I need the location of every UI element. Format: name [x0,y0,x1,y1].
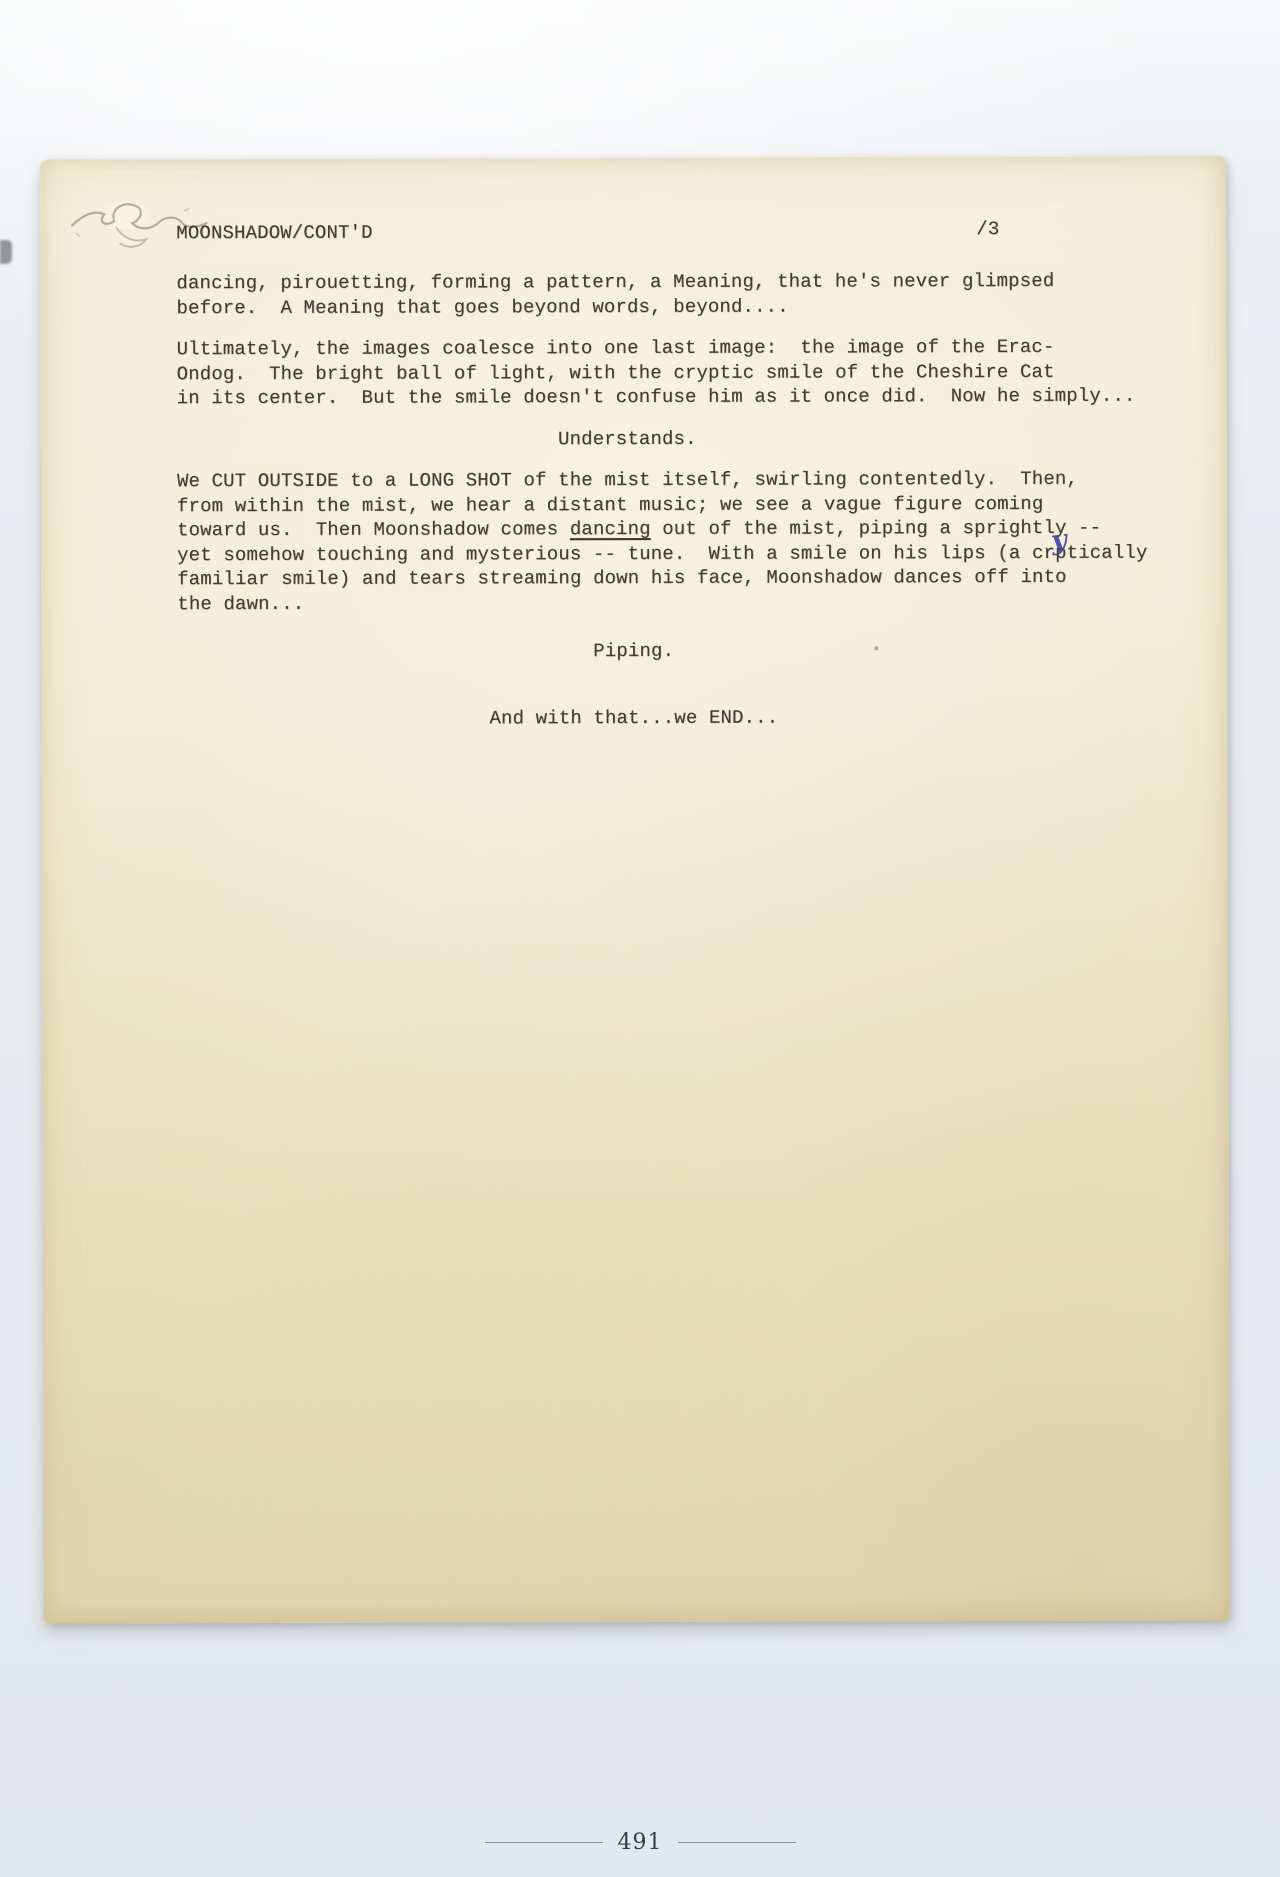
header-slug: MOONSHADOW/CONT'D [176,221,372,246]
typed-line: toward us. Then Moonshadow comes dancing… [177,516,1177,543]
centered-line-understands: Understands. [177,425,1177,452]
typed-line: And with that...we END... [178,704,1178,731]
paragraph-2: Ultimately, the images coalesce into one… [177,335,1177,411]
centered-line-piping: Piping. [177,638,1177,665]
scanned-script-page: MOONSHADOW/CONT'D /3 dancing, pirouettin… [40,156,1230,1623]
ink-speck [874,646,878,650]
scan-edge-artifact [0,240,12,264]
typed-line: We CUT OUTSIDE to a LONG SHOT of the mis… [177,467,1177,494]
typed-line: Ultimately, the images coalesce into one… [177,335,1177,362]
underlined-word: dancing [570,518,651,540]
folio-page-number: 491 [618,1830,663,1855]
paragraph-3: We CUT OUTSIDE to a LONG SHOT of the mis… [177,467,1177,617]
handwritten-correction: y [1049,526,1068,555]
typed-line: Understands. [177,425,1177,452]
typed-body: dancing, pirouetting, forming a pattern,… [176,269,1177,732]
folio-footer: 491 [0,1822,1280,1862]
typed-line: Ondog. The bright ball of light, with th… [177,359,1177,386]
typed-line: familiar smile) and tears streaming down… [177,565,1177,592]
header-page-marker: /3 [976,217,999,242]
typed-line: Piping. [177,638,1177,665]
folio-rule-right [678,1842,796,1843]
paragraph-1: dancing, pirouetting, forming a pattern,… [176,269,1176,321]
typed-line: dancing, pirouetting, forming a pattern,… [176,269,1176,296]
centered-line-end: And with that...we END... [178,704,1178,731]
typed-line: the dawn... [177,589,1177,616]
typed-line: from within the mist, we hear a distant … [177,491,1177,518]
corrected-character: py [1055,540,1067,565]
folio-rule-left [485,1842,603,1843]
typed-line: before. A Meaning that goes beyond words… [176,293,1176,320]
typed-line: yet somehow touching and mysterious -- t… [177,540,1177,567]
typed-line: in its center. But the smile doesn't con… [177,384,1177,411]
